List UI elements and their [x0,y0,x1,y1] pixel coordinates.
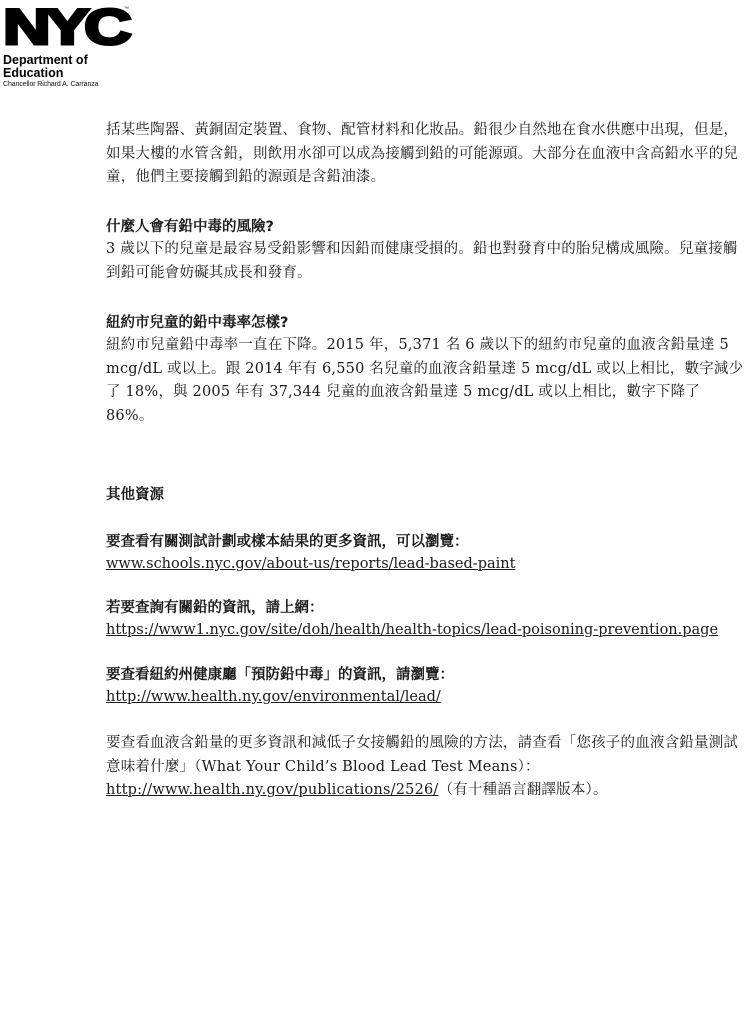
section-body: 紐約市兒童鉛中毒率一直在下降。2015 年，5,371 名 6 歲以下的紐約市兒… [106,334,746,428]
closing-resource: 要查看血液含鉛量的更多資訊和減低子女接觸鉛的風險的方法，請查看「您孩子的血液含鉛… [106,732,746,803]
resources-section: 其他資源 [106,484,746,506]
nyc-rate-section: 紐約市兒童的鉛中毒率怎樣? 紐約市兒童鉛中毒率一直在下降。2015 年，5,37… [106,312,746,428]
resource-heading: 若要查詢有關鉛的資訊，請上網： [106,597,746,619]
closing-text: 要查看血液含鉛量的更多資訊和減低子女接觸鉛的風險的方法，請查看「您孩子的血液含鉛… [106,735,738,775]
nyc-logo-mark: NYC [3,2,127,52]
intro-paragraph: 括某些陶器、黃銅固定裝置、食物、配管材料和化妝品。鉛很少自然地在食水供應中出現，… [106,119,746,190]
closing-paragraph: 要查看血液含鉛量的更多資訊和減低子女接觸鉛的風險的方法，請查看「您孩子的血液含鉛… [106,732,746,803]
section-heading: 什麼人會有鉛中毒的風險? [106,216,746,238]
resource-heading: 要查看有關測試計劃或樣本結果的更多資訊，可以瀏覽： [106,531,746,553]
resource-link-publication[interactable]: http://www.health.ny.gov/publications/25… [106,782,439,798]
nyc-doe-logo: NYC ™ Department of Education Chancellor… [3,2,98,90]
resource-heading: 要查看紐約州健康廳「預防鉛中毒」的資訊，請瀏覽： [106,664,746,686]
resource-link-doh[interactable]: https://www1.nyc.gov/site/doh/health/hea… [106,622,718,638]
intro-section: 括某些陶器、黃銅固定裝置、食物、配管材料和化妝品。鉛很少自然地在食水供應中出現，… [106,119,746,190]
resource-item: 要查看有關測試計劃或樣本結果的更多資訊，可以瀏覽： www.schools.ny… [106,531,746,575]
trademark-symbol: ™ [124,6,129,12]
risk-section: 什麼人會有鉛中毒的風險? 3 歲以下的兒童是最容易受鉛影響和因鉛而健康受損的。鉛… [106,216,746,285]
resource-link-nys-health[interactable]: http://www.health.ny.gov/environmental/l… [106,689,441,705]
resource-item: 要查看紐約州健康廳「預防鉛中毒」的資訊，請瀏覽： http://www.heal… [106,664,746,708]
resource-item: 若要查詢有關鉛的資訊，請上網： https://www1.nyc.gov/sit… [106,597,746,641]
section-body: 3 歲以下的兒童是最容易受鉛影響和因鉛而健康受損的。鉛也對發育中的胎兒構成風險。… [106,238,746,285]
section-heading: 紐約市兒童的鉛中毒率怎樣? [106,312,746,334]
resources-title: 其他資源 [106,484,746,506]
department-name: Department of Education [3,54,98,80]
closing-suffix: （有十種語言翻譯版本）。 [439,782,608,798]
chancellor-name: Chancellor Richard A. Carranza [3,80,98,90]
resource-link-schools[interactable]: www.schools.nyc.gov/about-us/reports/lea… [106,556,515,572]
department-line-2: Education [3,67,98,80]
